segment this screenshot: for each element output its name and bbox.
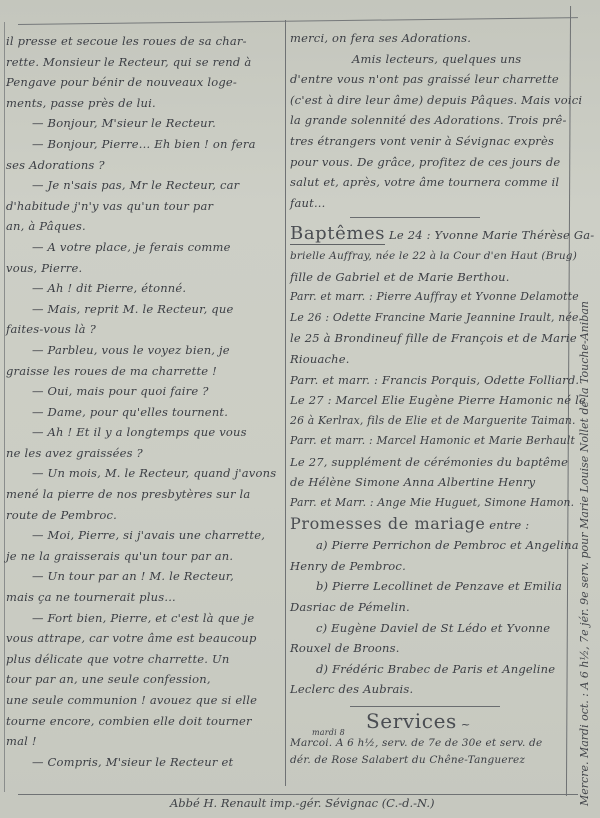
promesses-section: Promesses de mariage entre : a) Pierre P… — [290, 514, 565, 700]
text-line: — Moi, Pierre, si j'avais une charrette, — [6, 525, 281, 546]
text-line: Le 27 : Marcel Elie Eugène Pierre Hamoni… — [290, 390, 565, 411]
text-line: Riouache. — [290, 349, 565, 370]
frame-rule-left — [4, 22, 5, 792]
text-line: fille de Gabriel et de Marie Berthou. — [290, 267, 565, 288]
text-line: Parr. et marr. : Pierre Auffray et Yvonn… — [290, 287, 565, 308]
text-line: Le 27, supplément de cérémonies du baptê… — [290, 452, 565, 473]
text-line: — Dame, pour qu'elles tournent. — [6, 402, 281, 423]
heading-flourish: ~ — [461, 717, 471, 731]
text-line: — A votre place, je ferais comme — [6, 237, 281, 258]
services-day-note: mardi 8 — [312, 723, 345, 744]
text-line: Parr. et Marr. : Ange Mie Huguet, Simone… — [290, 493, 565, 514]
text-line: plus délicate que votre charrette. Un — [6, 649, 281, 670]
frame-rule-top — [18, 17, 578, 25]
baptemes-heading: Baptêmes — [290, 224, 385, 245]
text-line: Rouxel de Broons. — [290, 638, 565, 659]
text-line: (c'est à dire leur âme) depuis Pâques. M… — [290, 90, 565, 111]
text-line: graisse les roues de ma charrette ! — [6, 361, 281, 382]
text-line: an, à Pâques. — [6, 216, 281, 237]
text-line: dér. de Rose Salabert du Chêne-Tanguerez — [290, 752, 565, 769]
text-line: — Ah ! dit Pierre, étonné. — [6, 278, 281, 299]
text-line: ne les avez graissées ? — [6, 443, 281, 464]
text-line: je ne la graisserais qu'un tour par an. — [6, 546, 281, 567]
text-line: Promesses de mariage entre : — [290, 514, 565, 536]
text-line: tour par an, une seule confession, — [6, 669, 281, 690]
text-line: Amis lecteurs, quelques uns — [290, 49, 565, 70]
text-line: le 25 à Brondineuf fille de François et … — [290, 328, 565, 349]
services-heading: Services — [366, 711, 457, 731]
text-line: — Fort bien, Pierre, et c'est là que je — [6, 608, 281, 629]
text-line: Baptêmes Le 24 : Yvonne Marie Thérèse Ga… — [290, 224, 565, 246]
text-line: — Un mois, M. le Recteur, quand j'avons — [6, 463, 281, 484]
text-line: mené la pierre de nos presbytères sur la — [6, 484, 281, 505]
text-line: ments, passe près de lui. — [6, 93, 281, 114]
text-line: entre : — [489, 518, 529, 532]
text-line: mais ça ne tournerait plus... — [6, 587, 281, 608]
text-line: Henry de Pembroc. — [290, 556, 565, 577]
text-line: tourne encore, combien elle doit tourner — [6, 711, 281, 732]
text-line: vous attrape, car votre âme est beaucoup — [6, 628, 281, 649]
text-line: d'habitude j'n'y vas qu'un tour par — [6, 196, 281, 217]
text-line: faites-vous là ? — [6, 319, 281, 340]
text-line: — Mais, reprit M. le Recteur, que — [6, 299, 281, 320]
text-line: il presse et secoue les roues de sa char… — [6, 31, 281, 52]
text-line: Dasriac de Pémelin. — [290, 597, 565, 618]
text-line: — Je n'sais pas, Mr le Recteur, car — [6, 175, 281, 196]
right-column-announcements: merci, on fera ses Adorations. Amis lect… — [290, 28, 565, 769]
text-line: vous, Pierre. — [6, 258, 281, 279]
text-line: — Bonjour, M'sieur le Recteur. — [6, 113, 281, 134]
baptemes-section: Baptêmes Le 24 : Yvonne Marie Thérèse Ga… — [290, 224, 565, 513]
text-line: merci, on fera ses Adorations. — [290, 28, 565, 49]
text-line: — Bonjour, Pierre... Eh bien ! on fera — [6, 134, 281, 155]
text-line: la grande solennité des Adorations. Troi… — [290, 110, 565, 131]
text-line: 26 à Kerlrax, fils de Elie et de Marguer… — [290, 411, 565, 432]
text-line: d) Frédéric Brabec de Paris et Angeline — [290, 659, 565, 680]
text-line: salut et, après, votre âme tournera comm… — [290, 172, 565, 193]
column-divider — [285, 20, 286, 786]
scanned-bulletin-page: il presse et secoue les roues de sa char… — [0, 0, 600, 818]
text-line: — Oui, mais pour quoi faire ? — [6, 381, 281, 402]
text-line: — Ah ! Et il y a longtemps que vous — [6, 422, 281, 443]
printer-footer: Abbé H. Renault imp.-gér. Sévignac (C.-d… — [170, 796, 434, 810]
text-line: tres étrangers vont venir à Sévignac exp… — [290, 131, 565, 152]
text-line: Le 24 : Yvonne Marie Thérèse Ga- — [389, 228, 594, 242]
text-line: rette. Monsieur le Recteur, qui se rend … — [6, 52, 281, 73]
text-line: mal ! — [6, 731, 281, 752]
text-line: — Compris, M'sieur le Recteur et — [6, 752, 281, 773]
text-line: Parr. et marr. : Francis Porquis, Odette… — [290, 370, 565, 391]
text-line: pour vous. De grâce, profitez de ces jou… — [290, 152, 565, 173]
text-line: d'entre vous n'ont pas graissé leur char… — [290, 69, 565, 90]
vertical-margin-note: Mercre. Mardi oct. : A 6 h½, 7e jér. 9e … — [578, 301, 591, 806]
text-line: — Parbleu, vous le voyez bien, je — [6, 340, 281, 361]
text-line: b) Pierre Lecollinet de Penzave et Emili… — [290, 576, 565, 597]
text-line: faut... — [290, 193, 565, 214]
text-line: route de Pembroc. — [6, 505, 281, 526]
frame-rule-bottom — [18, 794, 578, 795]
text-line: de Hélène Simone Anna Albertine Henry — [290, 472, 565, 493]
text-line: a) Pierre Perrichon de Pembroc et Angeli… — [290, 535, 565, 556]
text-line: — Un tour par an ! M. le Recteur, — [6, 566, 281, 587]
text-line: une seule communion ! avouez que si elle — [6, 690, 281, 711]
text-line: brielle Auffray, née le 22 à la Cour d'e… — [290, 246, 565, 267]
section-separator — [350, 217, 480, 218]
promesses-heading: Promesses de mariage — [290, 514, 485, 534]
text-line: c) Eugène Daviel de St Lédo et Yvonne — [290, 618, 565, 639]
text-line: Pengave pour bénir de nouveaux loge- — [6, 72, 281, 93]
section-separator — [350, 706, 500, 707]
left-column-dialogue: il presse et secoue les roues de sa char… — [6, 31, 281, 772]
text-line: Parr. et marr. : Marcel Hamonic et Marie… — [290, 431, 565, 452]
text-line: Leclerc des Aubrais. — [290, 679, 565, 700]
services-section: Services ~ mardi 8 Marcoi. A 6 h½, serv.… — [290, 711, 565, 769]
text-line: ses Adorations ? — [6, 155, 281, 176]
text-line: Le 26 : Odette Francine Marie Jeannine I… — [290, 308, 565, 329]
